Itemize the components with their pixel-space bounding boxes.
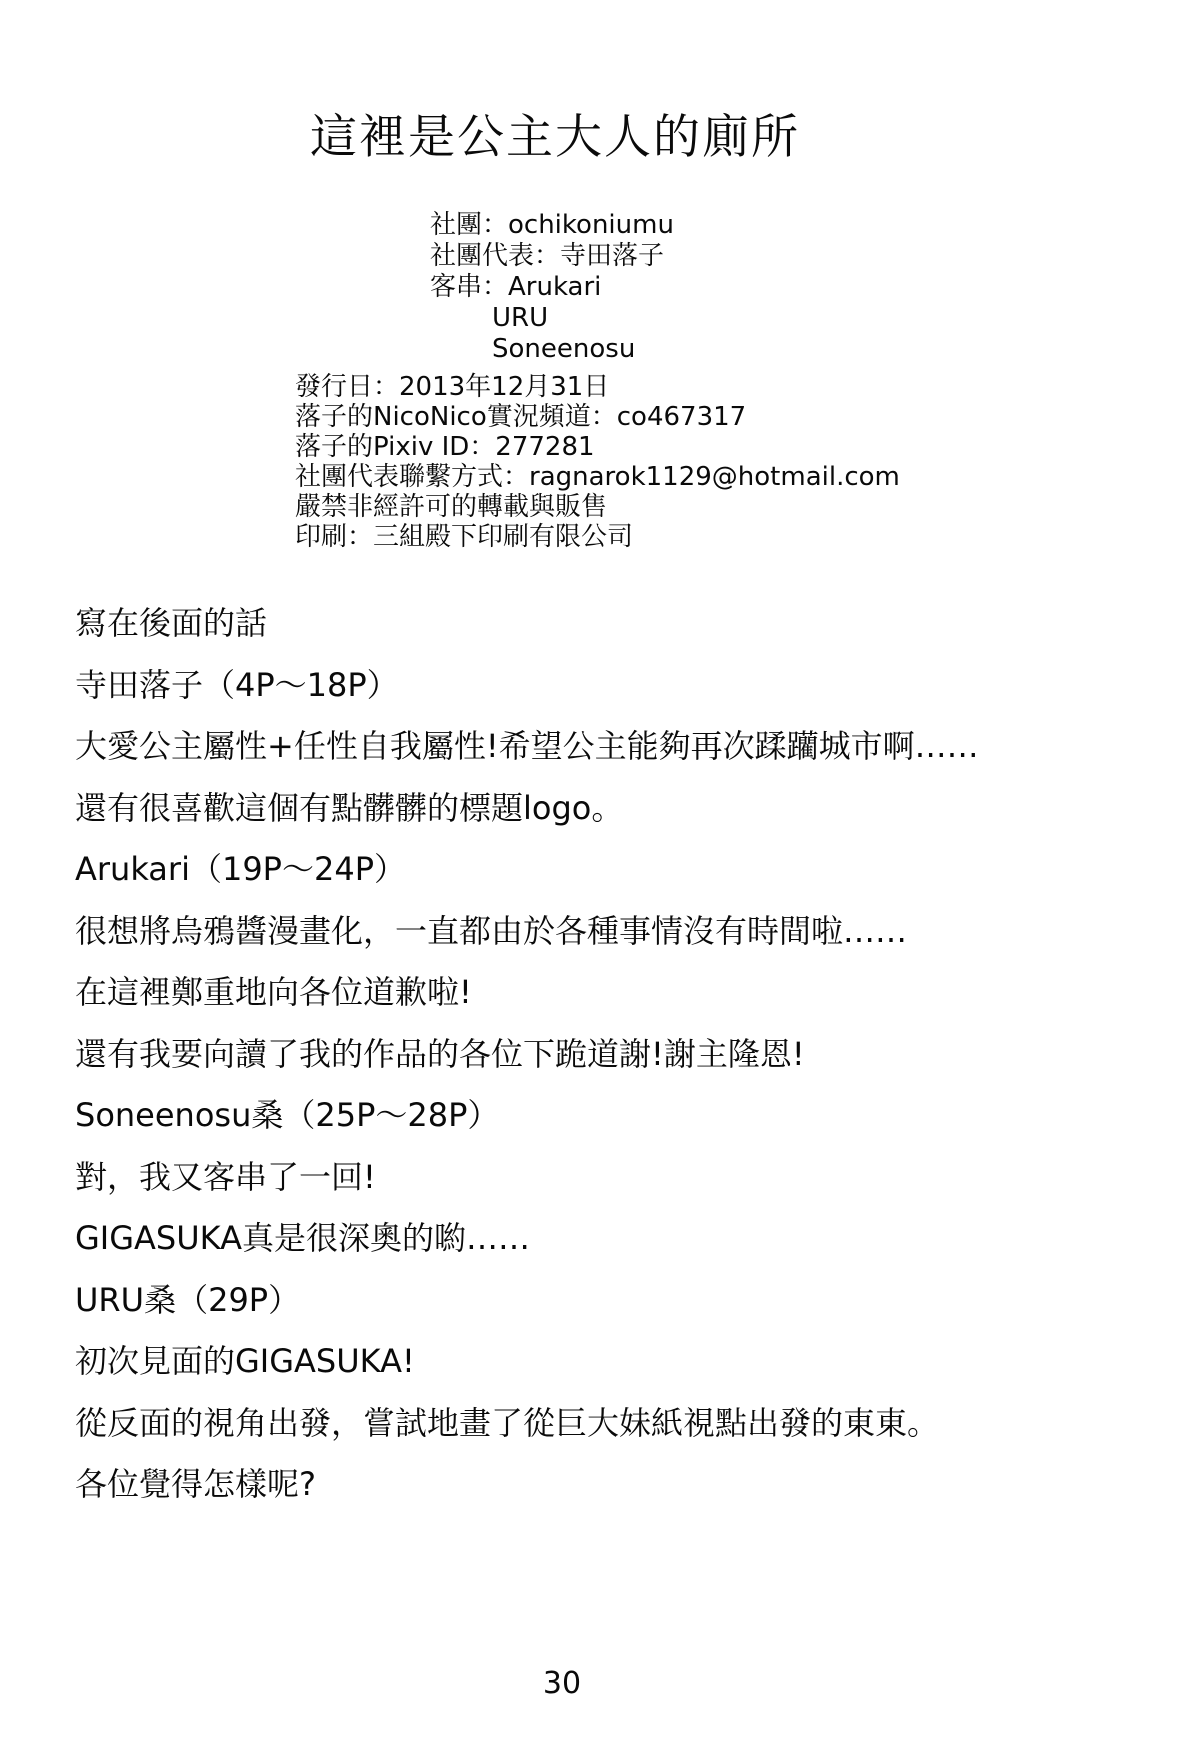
credit-line-guest-1: 客串：Arukari — [430, 272, 674, 303]
reprint-prohibition-notice: 嚴禁非經許可的轉載與販售 — [295, 492, 900, 522]
author-section-uru: URU桑（29P） — [75, 1270, 1175, 1332]
afterword-heading: 寫在後面的話 — [75, 593, 1175, 655]
afterword-line: 還有我要向讀了我的作品的各位下跪道謝!謝主隆恩! — [75, 1024, 1175, 1086]
publication-date: 發行日：2013年12月31日 — [295, 372, 900, 402]
credits-block: 社團：ochikoniumu 社團代表：寺田落子 客串：Arukari URU … — [430, 210, 674, 365]
page-title: 這裡是公主大人的廁所 — [0, 110, 1110, 166]
afterword-line: 各位覺得怎樣呢? — [75, 1454, 1175, 1516]
afterword-line: 大愛公主屬性+任性自我屬性!希望公主能夠再次蹂躪城市啊…… — [75, 716, 1175, 778]
doujin-colophon-page: 這裡是公主大人的廁所 社團：ochikoniumu 社團代表：寺田落子 客串：A… — [0, 0, 1200, 1740]
author-section-soneenosu: Soneenosu桑（25P～28P） — [75, 1085, 1175, 1147]
afterword-line: 初次見面的GIGASUKA! — [75, 1331, 1175, 1393]
publication-info-block: 發行日：2013年12月31日 落子的NicoNico實況頻道：co467317… — [295, 372, 900, 552]
niconico-channel: 落子的NicoNico實況頻道：co467317 — [295, 402, 900, 432]
afterword-block: 寫在後面的話 寺田落子（4P～18P） 大愛公主屬性+任性自我屬性!希望公主能夠… — [75, 593, 1175, 1516]
author-section-arukari: Arukari（19P～24P） — [75, 839, 1175, 901]
afterword-line: 對，我又客串了一回! — [75, 1147, 1175, 1209]
afterword-line: GIGASUKA真是很深奧的喲…… — [75, 1208, 1175, 1270]
page-number: 30 — [0, 1665, 1124, 1703]
credit-line-representative: 社團代表：寺田落子 — [430, 241, 674, 272]
credit-line-guest-2: URU — [492, 303, 674, 334]
afterword-line: 在這裡鄭重地向各位道歉啦! — [75, 962, 1175, 1024]
pixiv-id: 落子的Pixiv ID：277281 — [295, 432, 900, 462]
afterword-line: 還有很喜歡這個有點髒髒的標題logo。 — [75, 778, 1175, 840]
afterword-line: 從反面的視角出發，嘗試地畫了從巨大妹紙視點出發的東東。 — [75, 1393, 1175, 1455]
credit-line-guest-3: Soneenosu — [492, 334, 674, 365]
contact-email: 社團代表聯繫方式：ragnarok1129@hotmail.com — [295, 462, 900, 492]
afterword-line: 很想將烏鴉醬漫畫化，一直都由於各種事情沒有時間啦…… — [75, 901, 1175, 963]
printer-info: 印刷：三組殿下印刷有限公司 — [295, 522, 900, 552]
author-section-terada: 寺田落子（4P～18P） — [75, 655, 1175, 717]
credit-line-circle: 社團：ochikoniumu — [430, 210, 674, 241]
